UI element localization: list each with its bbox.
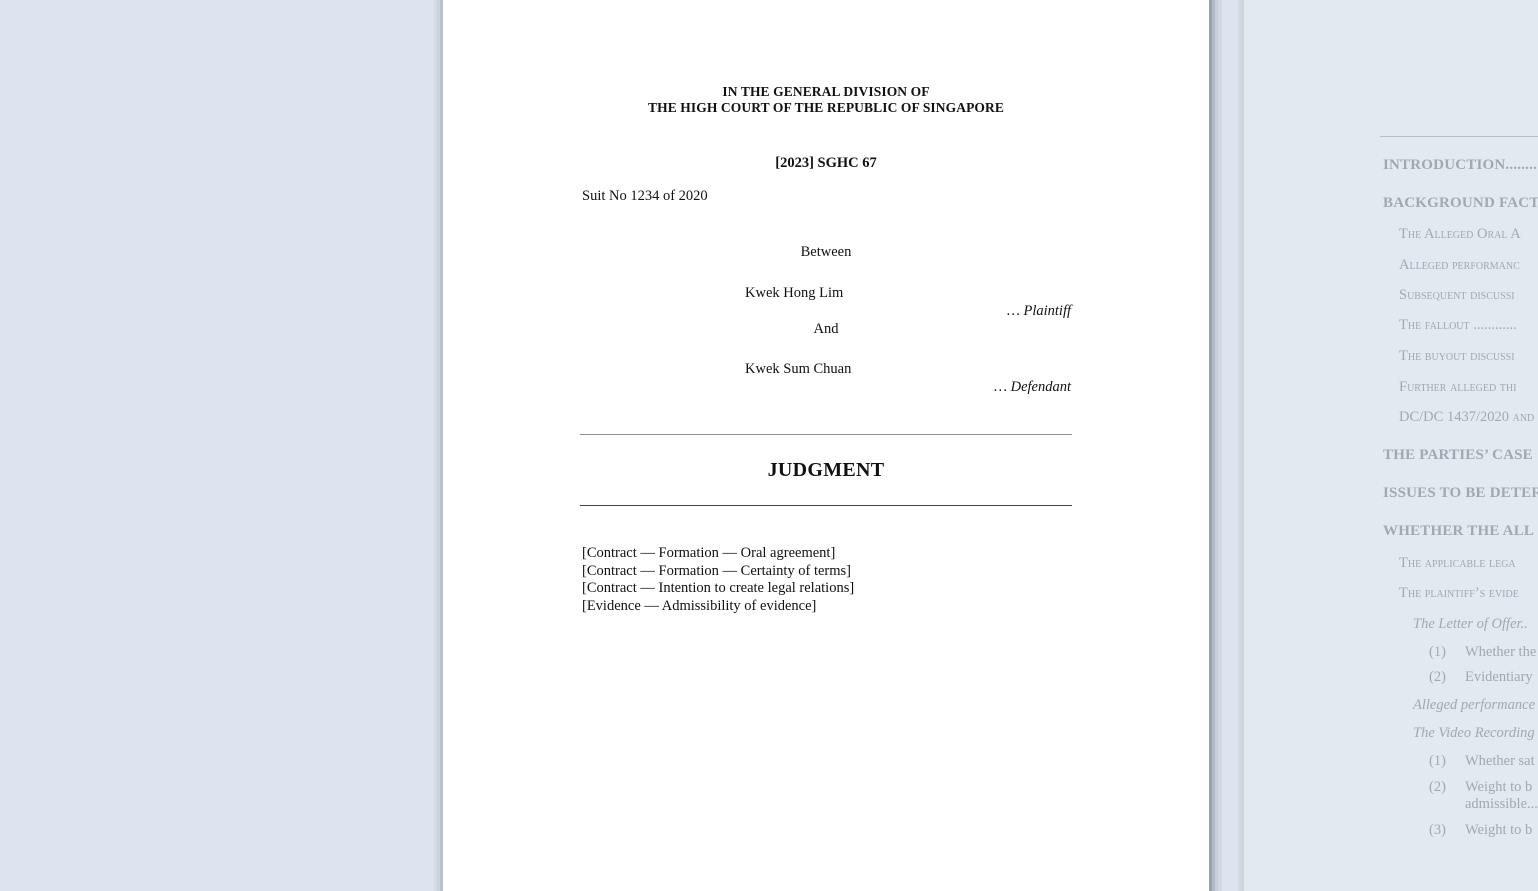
toc-entry[interactable]: The applicable lega xyxy=(1399,555,1516,572)
toc-entry[interactable]: Further alleged thi xyxy=(1399,379,1516,396)
toc-entry-number: (2) xyxy=(1429,779,1465,796)
toc-entry-continuation: admissible... xyxy=(1429,796,1538,813)
toc-entry-text: Weight to b xyxy=(1465,822,1532,838)
toc-entry[interactable]: The Letter of Offer.. xyxy=(1413,616,1528,633)
court-name-line-2: THE HIGH COURT OF THE REPUBLIC OF SINGAP… xyxy=(443,100,1209,116)
toc-entry-text: Whether sat xyxy=(1465,753,1535,769)
toc-entry[interactable]: The plaintiff’s evide xyxy=(1399,585,1519,602)
toc-entry[interactable]: Alleged performanc xyxy=(1399,257,1520,274)
between-label: Between xyxy=(443,244,1209,261)
toc-entry[interactable]: The buyout discussi xyxy=(1399,348,1515,365)
toc-entry[interactable]: ISSUES TO BE DETER xyxy=(1383,485,1538,502)
toc-entry-number: (1) xyxy=(1429,644,1465,661)
toc-entry[interactable]: (1)Whether sat xyxy=(1429,753,1535,770)
toc-entry-number: (3) xyxy=(1429,822,1465,839)
judgment-title: JUDGMENT xyxy=(443,459,1209,482)
toc-entry[interactable]: The Alleged Oral A xyxy=(1399,226,1521,243)
defendant-role: … Defendant xyxy=(994,379,1071,396)
toc-entry[interactable]: Alleged performance xyxy=(1413,697,1535,714)
court-name-line-1: IN THE GENERAL DIVISION OF xyxy=(443,84,1209,100)
toc-entry[interactable]: The Video Recording xyxy=(1413,725,1535,742)
title-rule-bottom xyxy=(580,505,1072,506)
catchword: [Contract — Formation — Certainty of ter… xyxy=(582,563,854,581)
catchword: [Evidence — Admissibility of evidence] xyxy=(582,598,854,616)
toc-entry[interactable]: INTRODUCTION........ xyxy=(1383,157,1537,174)
and-label: And xyxy=(443,321,1209,338)
plaintiff-role: … Plaintiff xyxy=(1007,303,1071,320)
toc-entry-text: Weight to b xyxy=(1465,779,1532,795)
toc-entry[interactable]: The fallout ............ xyxy=(1399,317,1517,334)
toc-entry-text: Evidentiary xyxy=(1465,669,1533,685)
catchword: [Contract — Intention to create legal re… xyxy=(582,580,854,598)
defendant-name: Kwek Sum Chuan xyxy=(745,361,851,378)
document-page-current: IN THE GENERAL DIVISION OF THE HIGH COUR… xyxy=(443,0,1209,891)
toc-entry[interactable]: (2)Weight to badmissible... xyxy=(1429,779,1538,813)
catchwords: [Contract — Formation — Oral agreement] … xyxy=(582,545,854,616)
toc-entry[interactable]: (1)Whether the xyxy=(1429,644,1536,661)
toc-entry[interactable]: (3)Weight to b xyxy=(1429,822,1532,839)
document-page-next[interactable]: INTRODUCTION........BACKGROUND FACTThe A… xyxy=(1244,0,1538,891)
catchword: [Contract — Formation — Oral agreement] xyxy=(582,545,854,563)
toc-entry[interactable]: BACKGROUND FACT xyxy=(1383,195,1538,212)
toc-entry[interactable]: WHETHER THE ALL xyxy=(1383,523,1534,540)
toc-entry[interactable]: Subsequent discussi xyxy=(1399,287,1515,304)
suit-number: Suit No 1234 of 2020 xyxy=(582,188,708,205)
document-viewer[interactable]: IN THE GENERAL DIVISION OF THE HIGH COUR… xyxy=(0,0,1538,891)
title-rule-top xyxy=(580,434,1072,435)
case-citation: [2023] SGHC 67 xyxy=(443,155,1209,172)
toc-entry[interactable]: (2)Evidentiary xyxy=(1429,669,1533,686)
toc-rule xyxy=(1380,136,1538,137)
toc-entry[interactable]: DC/DC 1437/2020 and xyxy=(1399,409,1534,426)
toc-entry[interactable]: THE PARTIES’ CASE xyxy=(1383,447,1533,464)
toc-entry-number: (1) xyxy=(1429,753,1465,770)
toc-entry-number: (2) xyxy=(1429,669,1465,686)
toc-entry-text: Whether the xyxy=(1465,644,1536,660)
plaintiff-name: Kwek Hong Lim xyxy=(745,285,843,302)
